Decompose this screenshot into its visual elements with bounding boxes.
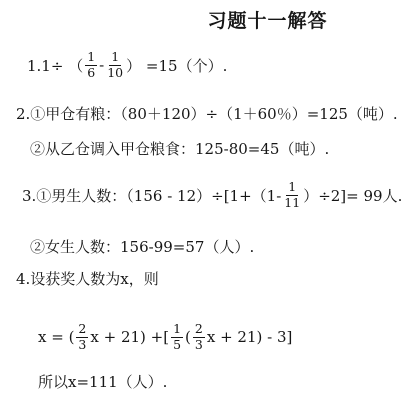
text-run: (: [185, 328, 191, 346]
fraction-denominator: 3: [194, 338, 204, 352]
text-run: 4.设获奖人数为x，则: [16, 268, 159, 289]
text-run: -: [99, 56, 104, 74]
fraction: 23: [76, 322, 88, 352]
text-run: x = (: [38, 328, 74, 346]
fraction: 15: [171, 322, 183, 352]
problem-3-step-2: ②女生人数：156-99=57（人）.: [30, 236, 254, 256]
fraction-denominator: 3: [77, 338, 87, 352]
fraction: 110: [106, 50, 124, 80]
fraction-numerator: 1: [171, 322, 183, 337]
problem-4-answer: 所以x=111（人）.: [38, 370, 167, 392]
fraction-numerator: 2: [76, 322, 88, 337]
fraction-denominator: 5: [172, 338, 182, 352]
problem-4-equation: x = (23x + 21) +[15(23x + 21) - 3]: [38, 314, 292, 360]
text-run: ） =15（个）.: [126, 55, 227, 76]
fraction-denominator: 6: [86, 66, 96, 80]
problem-4-setup: 4.设获奖人数为x，则: [16, 268, 159, 288]
problem-2-step-2: ②从乙仓调入甲仓粮食：125-80=45（吨）.: [30, 138, 329, 158]
fraction-numerator: 2: [193, 322, 205, 337]
fraction-denominator: 11: [283, 196, 301, 210]
page-title: 习题十一解答: [0, 6, 417, 33]
text-run: 3.①男生人数：（156 - 12）÷[1+（1-: [22, 185, 281, 206]
document: 习题十一解答 1.1÷ （16-110） =15（个）.2.①甲仓有粮：（80＋…: [0, 0, 417, 401]
text-run: 所以x=111（人）.: [38, 371, 167, 392]
problem-1: 1.1÷ （16-110） =15（个）.: [27, 42, 227, 88]
fraction-numerator: 1: [286, 180, 298, 195]
fraction-numerator: 1: [109, 50, 121, 65]
text-run: ）÷2]= 99人.: [303, 185, 402, 206]
text-run: ②从乙仓调入甲仓粮食：125-80=45（吨）.: [30, 138, 329, 159]
text-run: x + 21) +[: [90, 328, 169, 346]
problem-2-step-1: 2.①甲仓有粮：（80＋120）÷（1＋60％）=125（吨）.: [16, 103, 398, 123]
fraction-numerator: 1: [85, 50, 97, 65]
text-run: x + 21) - 3]: [207, 328, 293, 346]
fraction: 23: [193, 322, 205, 352]
fraction-denominator: 10: [106, 66, 124, 80]
fraction: 111: [283, 180, 301, 210]
text-run: 1.1÷ （: [27, 55, 83, 76]
problem-3-step-1: 3.①男生人数：（156 - 12）÷[1+（1-111）÷2]= 99人.: [22, 172, 402, 218]
fraction: 16: [85, 50, 97, 80]
text-run: 2.①甲仓有粮：（80＋120）÷（1＋60％）=125（吨）.: [16, 103, 398, 124]
text-run: ②女生人数：156-99=57（人）.: [30, 236, 254, 257]
